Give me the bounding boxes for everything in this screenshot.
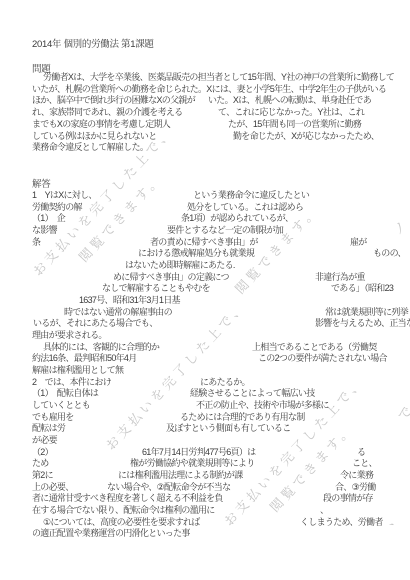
text-fragment: ため xyxy=(32,458,49,469)
text-fragment: にあたるか。 xyxy=(200,377,250,388)
text-fragment: （2） xyxy=(32,447,53,458)
text-fragment: ない場合や、②配転命令が不当な xyxy=(107,482,230,493)
text-fragment: 労働契約の解 xyxy=(32,202,82,213)
text-fragment: 具体的には、客観的に合理的か xyxy=(43,342,159,353)
text-fragment: 権が労働協約や就業規則等により xyxy=(130,458,255,469)
text-fragment: 合、③労働 xyxy=(335,482,376,493)
text-fragment: ①については、高度の必要性を要求すれば xyxy=(43,517,200,528)
text-fragment: 段の事情が存 xyxy=(323,493,373,504)
text-fragment: 常は就業規則等に列挙 xyxy=(325,307,408,318)
text-fragment: 理由が要求される。 xyxy=(32,330,107,341)
text-fragment: くしまうため、労働者 xyxy=(300,517,383,528)
text-fragment: 雇が xyxy=(350,237,367,248)
document-title: 2014年 個別的労働法 第1課題 xyxy=(32,36,154,50)
text-fragment: いた。Xは、札幌への転勤は、単身赴任であ xyxy=(208,95,371,106)
text-fragment: はないため即時解雇にあたる. xyxy=(125,260,235,271)
text-fragment: 、 xyxy=(320,505,328,516)
text-fragment: （1） 企 xyxy=(32,213,65,224)
text-fragment: いるが、それにあたる場合でも、 xyxy=(33,318,158,329)
text-fragment: 不正の防止や、技術や市場が多様に xyxy=(196,400,329,411)
text-fragment: までもXの家庭の事情を考慮し定期人 xyxy=(32,119,170,130)
text-fragment: 上の必要、 xyxy=(32,482,74,493)
text-fragment: るためには合理的であり有用な制 xyxy=(180,412,305,423)
text-fragment: 業務命令違反として解雇した。 xyxy=(32,142,148,153)
text-fragment: 処分をしている。これは認めら xyxy=(187,202,303,213)
text-fragment: ほか、脳卒中で倒れ歩行の困難なXの父親が xyxy=(32,95,195,106)
text-fragment: 1637号、昭和31年3月1日基 xyxy=(79,295,180,306)
text-fragment: この2つの要件が満たされない場合 xyxy=(258,353,387,364)
text-fragment: していくととも xyxy=(32,400,90,411)
watermark-stray-mark: ノ xyxy=(390,216,410,237)
watermark-stray-mark: で- xyxy=(396,397,410,424)
text-fragment: における懲戒解雇処分も就業規 xyxy=(138,248,254,259)
text-fragment: である」（昭和23 xyxy=(331,283,393,294)
text-fragment: 条 xyxy=(32,237,40,248)
text-fragment: には権利濫用法理による制約が課 xyxy=(118,470,243,481)
text-fragment: 約法16条、最判昭和50年4月 xyxy=(32,353,137,364)
text-fragment: 解雇は権利濫用として無 xyxy=(32,365,123,376)
text-fragment: めに帰すべき事由」の定義につ xyxy=(113,272,229,283)
text-fragment: 第2に xyxy=(32,470,53,481)
text-fragment: な影響 xyxy=(32,225,57,236)
text-fragment: 及ぼすという側面も有しているこ xyxy=(166,423,291,434)
text-fragment: こと、 xyxy=(352,458,377,469)
watermark-stray-mark: 、 xyxy=(382,507,403,528)
text-fragment: 者に通常甘受すべき程度を著しく超える不利益を負 xyxy=(32,493,223,504)
text-fragment: 条1項）が認められているが、 xyxy=(181,213,293,224)
text-fragment: 要件とするなど一定の制限が加 xyxy=(167,225,283,236)
text-fragment: て、これに応じなかった。Y社は、これ xyxy=(218,107,364,118)
text-fragment: 非違行為が重 xyxy=(315,272,365,283)
text-fragment: なしで解雇することもやむを xyxy=(102,283,210,294)
text-fragment: れ、家族帯同であれ、親の介護を考える xyxy=(32,107,182,118)
text-fragment: （1） 配転自体は xyxy=(32,388,98,399)
answer-heading: 解答 xyxy=(32,176,50,190)
text-fragment: 61年7月14日労判477号6頁）は xyxy=(142,447,255,458)
text-fragment: という業務命令に違反したとい xyxy=(193,190,309,201)
document-page: 2014年 個別的労働法 第1課題 問題 解答 労働者Xは、大学を卒業後、医薬品… xyxy=(0,0,410,580)
text-fragment: 労働者Xは、大学を卒業後、医薬品販売の担当者として15年間、Y社の神戸の営業所に… xyxy=(43,72,394,83)
text-fragment: が必要 xyxy=(32,435,57,446)
text-fragment: 時ではない通常の解雇事由の xyxy=(64,307,172,318)
text-fragment: たが、15年間も同一の営業所に勤務 xyxy=(228,119,361,130)
text-fragment: 者の責めに帰すべき事由」が xyxy=(150,237,258,248)
text-fragment: の適正配置や業務運営の円滑化といった事 xyxy=(32,528,190,539)
text-fragment: 経験させることによって幅広い技 xyxy=(190,388,315,399)
text-fragment: いたが、札幌の営業所への勤務を命じられた。Xには、妻と小学5年生、中学2年生の子… xyxy=(32,84,386,95)
text-fragment: している例はほかに見られないと xyxy=(32,131,157,142)
text-fragment: 勤を命じたが、Xが応じなかったため、 xyxy=(233,131,379,142)
text-fragment: 配転は労 xyxy=(32,423,65,434)
text-fragment: る xyxy=(357,447,365,458)
text-fragment: 令に業務 xyxy=(340,470,373,481)
text-fragment: 在する場合でない限り、配転命令は権利の濫用に xyxy=(32,505,215,516)
text-fragment: 1 YはXに対し、 xyxy=(32,190,97,201)
text-fragment: 影響を与えるため、正当な xyxy=(315,318,410,329)
text-fragment: でも雇用を xyxy=(32,412,74,423)
text-fragment: ものの、 xyxy=(373,248,406,259)
text-fragment: 2 では、本件におけ xyxy=(32,377,111,388)
text-fragment: 上相当であることである（労働契 xyxy=(252,342,377,353)
